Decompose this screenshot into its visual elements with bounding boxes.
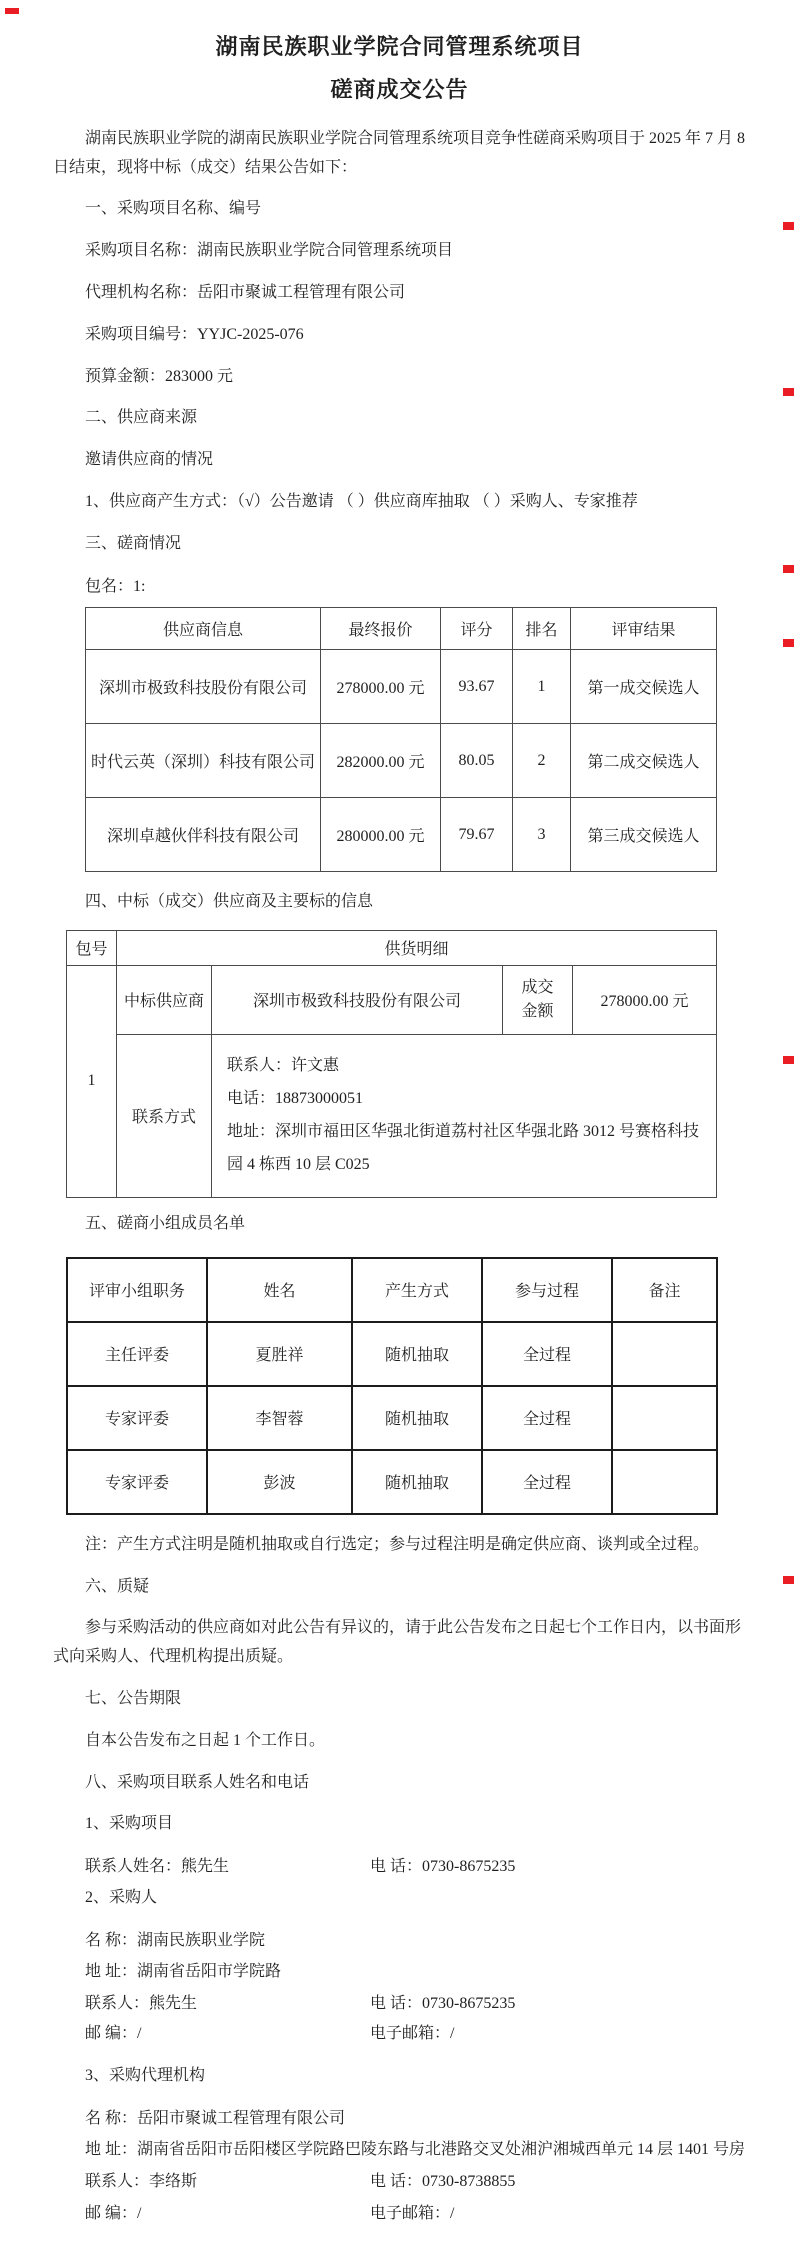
project-contact-phone: 电 话：0730-8675235 <box>370 1858 515 1875</box>
field-agency-name: 代理机构名称：岳阳市聚诚工程管理有限公司 <box>53 279 746 308</box>
supplier-name-cell: 时代云英（深圳）科技有限公司 <box>86 724 321 798</box>
agency-zip-line: 邮 编：/电子邮箱：/ <box>53 2199 746 2229</box>
column-header: 产生方式 <box>352 1258 482 1322</box>
panel-note: 注：产生方式注明是随机抽取或自行选定；参与过程注明是确定供应商、谈判或全过程。 <box>53 1531 746 1560</box>
winner-label-cell: 中标供应商 <box>117 965 212 1034</box>
participation-cell: 全过程 <box>482 1386 612 1450</box>
member-name-cell: 李智蓉 <box>207 1386 352 1450</box>
supplier-invite-line: 邀请供应商的情况 <box>53 446 746 475</box>
table-row: 专家评委 彭波 随机抽取 全过程 <box>67 1450 717 1514</box>
red-annotation-mark <box>5 8 19 14</box>
section1-heading: 一、采购项目名称、编号 <box>53 195 746 224</box>
score-cell: 80.05 <box>441 724 513 798</box>
participation-cell: 全过程 <box>482 1322 612 1386</box>
member-name-cell: 彭波 <box>207 1450 352 1514</box>
selection-method-cell: 随机抽取 <box>352 1322 482 1386</box>
final-price-cell: 278000.00 元 <box>321 650 441 724</box>
amount-value-cell: 278000.00 元 <box>573 965 717 1034</box>
contact-detail-cell: 联系人：许文惠 电话：18873000051 地址：深圳市福田区华强北街道荔村社… <box>212 1034 717 1197</box>
package-no-cell: 1 <box>67 965 117 1197</box>
table-row: 专家评委 李智蓉 随机抽取 全过程 <box>67 1386 717 1450</box>
section6-heading: 六、质疑 <box>53 1573 746 1602</box>
agency-name: 名 称：岳阳市聚诚工程管理有限公司 <box>53 2104 746 2134</box>
role-cell: 专家评委 <box>67 1386 207 1450</box>
member-name-cell: 夏胜祥 <box>207 1322 352 1386</box>
selection-method-cell: 随机抽取 <box>352 1450 482 1514</box>
section4-heading: 四、中标（成交）供应商及主要标的信息 <box>53 888 746 917</box>
agency-zip: 邮 编：/ <box>85 2199 370 2229</box>
result-cell: 第三成交候选人 <box>571 798 717 872</box>
red-annotation-mark <box>783 222 794 230</box>
panel-members-table: 评审小组职务 姓名 产生方式 参与过程 备注 主任评委 夏胜祥 随机抽取 全过程… <box>66 1257 718 1515</box>
section5-heading: 五、磋商小组成员名单 <box>53 1210 746 1239</box>
field-budget: 预算金额：283000 元 <box>53 363 746 392</box>
project-contact-name: 联系人姓名：熊先生 <box>85 1852 370 1882</box>
table-row: 时代云英（深圳）科技有限公司 282000.00 元 80.05 2 第二成交候… <box>86 724 717 798</box>
purchaser-name: 名 称：湖南民族职业学院 <box>53 1926 746 1956</box>
purchaser-contact-phone: 电 话：0730-8675235 <box>370 1995 515 2012</box>
field-project-no: 采购项目编号：YYJC-2025-076 <box>53 321 746 350</box>
winner-contact-address: 地址：深圳市福田区华强北街道荔村社区华强北路 3012 号赛格科技园 4 栋西 … <box>227 1116 704 1182</box>
section2-heading: 二、供应商来源 <box>53 404 746 433</box>
intro-paragraph: 湖南民族职业学院的湖南民族职业学院合同管理系统项目竞争性磋商采购项目于 2025… <box>53 125 746 183</box>
supplier-name-cell: 深圳市极致科技股份有限公司 <box>86 650 321 724</box>
remark-cell <box>612 1322 717 1386</box>
field-project-name: 采购项目名称：湖南民族职业学院合同管理系统项目 <box>53 237 746 266</box>
red-annotation-mark <box>783 1576 794 1584</box>
announcement-period: 自本公告发布之日起 1 个工作日。 <box>53 1727 746 1756</box>
subsection-project: 1、采购项目 <box>53 1810 746 1839</box>
negotiation-result-table: 供应商信息 最终报价 评分 排名 评审结果 深圳市极致科技股份有限公司 2780… <box>85 607 717 872</box>
agency-email: 电子邮箱：/ <box>370 2205 454 2222</box>
contact-label-cell: 联系方式 <box>117 1034 212 1197</box>
column-header: 评审小组职务 <box>67 1258 207 1322</box>
package-label: 包名：1: <box>53 572 746 602</box>
subsection-purchaser: 2、采购人 <box>53 1884 746 1913</box>
announcement-document: 湖南民族职业学院合同管理系统项目 磋商成交公告 湖南民族职业学院的湖南民族职业学… <box>0 0 800 2265</box>
table-header-row: 评审小组职务 姓名 产生方式 参与过程 备注 <box>67 1258 717 1322</box>
column-header: 最终报价 <box>321 608 441 650</box>
subsection-agency: 3、采购代理机构 <box>53 2062 746 2091</box>
doc-title-line2: 磋商成交公告 <box>53 69 746 112</box>
purchaser-zip-line: 邮 编：/电子邮箱：/ <box>53 2020 746 2049</box>
participation-cell: 全过程 <box>482 1450 612 1514</box>
table-row: 深圳卓越伙伴科技有限公司 280000.00 元 79.67 3 第三成交候选人 <box>86 798 717 872</box>
objection-paragraph: 参与采购活动的供应商如对此公告有异议的，请于此公告发布之日起七个工作日内，以书面… <box>53 1614 746 1672</box>
red-annotation-mark <box>783 565 794 573</box>
result-cell: 第一成交候选人 <box>571 650 717 724</box>
table-row: 1 中标供应商 深圳市极致科技股份有限公司 成交金额 278000.00 元 <box>67 965 717 1034</box>
section8-heading: 八、采购项目联系人姓名和电话 <box>53 1769 746 1798</box>
red-annotation-mark <box>783 639 794 647</box>
column-header: 排名 <box>513 608 571 650</box>
purchaser-contact-line: 联系人：熊先生电 话：0730-8675235 <box>53 1989 746 2019</box>
supply-detail-header: 供货明细 <box>117 930 717 965</box>
winner-contact-phone: 电话：18873000051 <box>227 1083 704 1116</box>
table-header-row: 包号 供货明细 <box>67 930 717 965</box>
section3-heading: 三、磋商情况 <box>53 530 746 559</box>
supplier-name-cell: 深圳卓越伙伴科技有限公司 <box>86 798 321 872</box>
agency-contact-phone: 电 话：0730-8738855 <box>370 2173 515 2190</box>
final-price-cell: 282000.00 元 <box>321 724 441 798</box>
table-row: 联系方式 联系人：许文惠 电话：18873000051 地址：深圳市福田区华强北… <box>67 1034 717 1197</box>
winner-contact-person: 联系人：许文惠 <box>227 1050 704 1083</box>
final-price-cell: 280000.00 元 <box>321 798 441 872</box>
project-contact-line: 联系人姓名：熊先生电 话：0730-8675235 <box>53 1852 746 1882</box>
table-header-row: 供应商信息 最终报价 评分 排名 评审结果 <box>86 608 717 650</box>
red-annotation-mark <box>783 388 794 396</box>
rank-cell: 1 <box>513 650 571 724</box>
selection-method-cell: 随机抽取 <box>352 1386 482 1450</box>
column-header: 姓名 <box>207 1258 352 1322</box>
column-header: 供应商信息 <box>86 608 321 650</box>
rank-cell: 2 <box>513 724 571 798</box>
role-cell: 专家评委 <box>67 1450 207 1514</box>
remark-cell <box>612 1450 717 1514</box>
result-cell: 第二成交候选人 <box>571 724 717 798</box>
amount-label-cell: 成交金额 <box>503 965 573 1034</box>
agency-address: 地 址：湖南省岳阳市岳阳楼区学院路巴陵东路与北港路交叉处湘沪湘城西单元 14 层… <box>53 2135 746 2165</box>
doc-title-line1: 湖南民族职业学院合同管理系统项目 <box>53 26 746 69</box>
remark-cell <box>612 1386 717 1450</box>
column-header: 备注 <box>612 1258 717 1322</box>
rank-cell: 3 <box>513 798 571 872</box>
section7-heading: 七、公告期限 <box>53 1685 746 1714</box>
score-cell: 79.67 <box>441 798 513 872</box>
purchaser-address: 地 址：湖南省岳阳市学院路 <box>53 1957 746 1987</box>
package-no-header: 包号 <box>67 930 117 965</box>
table-row: 主任评委 夏胜祥 随机抽取 全过程 <box>67 1322 717 1386</box>
column-header: 评审结果 <box>571 608 717 650</box>
table-row: 深圳市极致科技股份有限公司 278000.00 元 93.67 1 第一成交候选… <box>86 650 717 724</box>
column-header: 参与过程 <box>482 1258 612 1322</box>
award-detail-table: 包号 供货明细 1 中标供应商 深圳市极致科技股份有限公司 成交金额 27800… <box>66 930 717 1198</box>
agency-contact-name: 联系人：李络斯 <box>85 2167 370 2197</box>
winner-name-cell: 深圳市极致科技股份有限公司 <box>212 965 503 1034</box>
red-annotation-mark <box>783 1056 794 1064</box>
purchaser-contact-name: 联系人：熊先生 <box>85 1989 370 2019</box>
agency-contact-line: 联系人：李络斯电 话：0730-8738855 <box>53 2167 746 2197</box>
supplier-method-line: 1、供应商产生方式：（√）公告邀请 （ ）供应商库抽取 （ ）采购人、专家推荐 <box>53 488 746 517</box>
purchaser-email: 电子邮箱：/ <box>370 2025 454 2042</box>
purchaser-zip: 邮 编：/ <box>85 2020 370 2049</box>
role-cell: 主任评委 <box>67 1322 207 1386</box>
column-header: 评分 <box>441 608 513 650</box>
score-cell: 93.67 <box>441 650 513 724</box>
